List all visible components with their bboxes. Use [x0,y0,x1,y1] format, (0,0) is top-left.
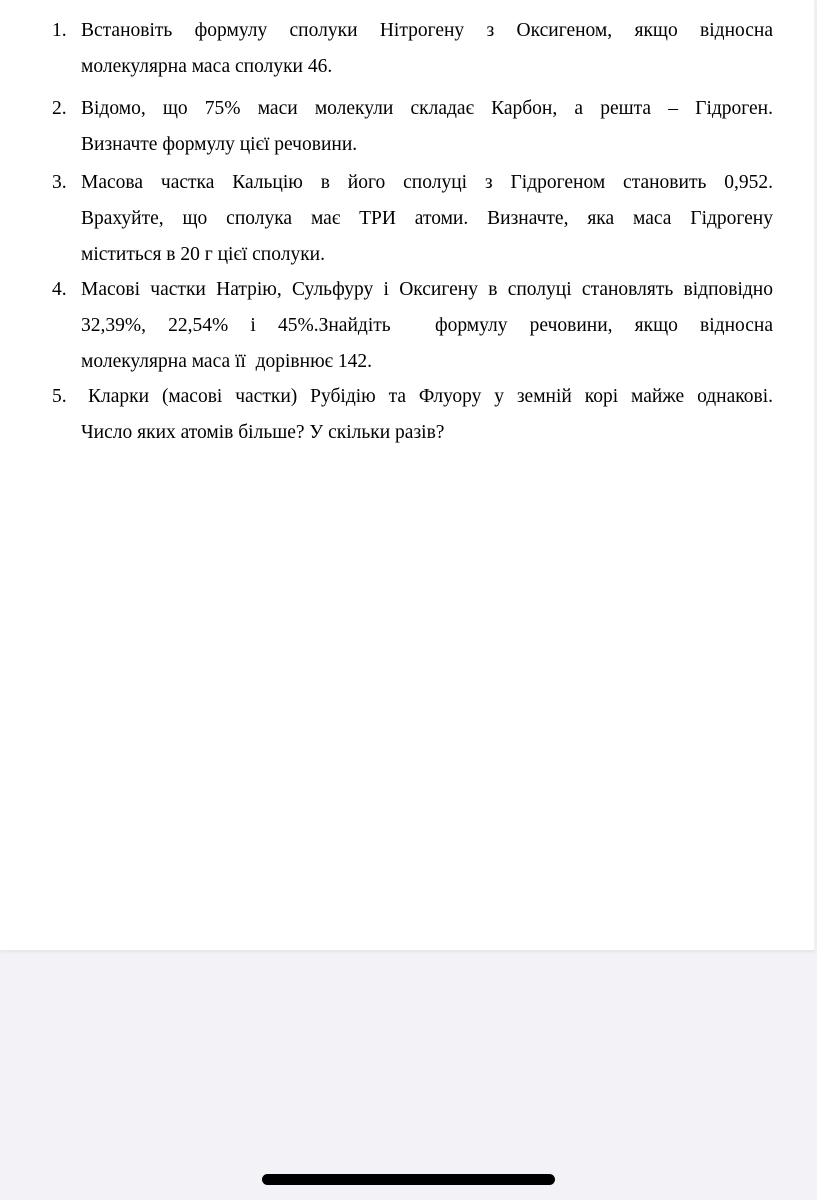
item-text-line: Відомо, що 75% маси молекули складає Кар… [81,98,773,120]
item-text-line: молекулярна маса сполуки 46. [81,56,773,78]
item-number: 4. [52,279,67,301]
home-indicator[interactable] [262,1174,555,1185]
item-number: 2. [52,98,67,120]
item-number: 1. [52,20,67,42]
item-text-line: Встановіть формулу сполуки Нітрогену з О… [81,20,773,42]
item-text-line: Кларки (масові частки) Рубідію та Флуору… [88,386,773,408]
item-number: 3. [52,172,67,194]
item-text-line: молекулярна маса її дорівнює 142. [81,351,773,373]
document-page: 1. Встановіть формулу сполуки Нітрогену … [0,0,816,950]
item-text-line: Визначте формулу цієї речовини. [81,134,773,156]
item-text-line: Масові частки Натрію, Сульфуру і Оксиген… [81,279,773,301]
item-text-line: Число яких атомів більше? У скільки разі… [81,422,773,444]
item-text-line: міститься в 20 г цієї сполуки. [81,244,773,266]
item-text-line: Масова частка Кальцію в його сполуці з Г… [81,172,773,194]
item-text-line: 32,39%, 22,54% і 45%.Знайдіть формулу ре… [81,315,773,337]
item-number: 5. [52,386,67,408]
item-text-line: Врахуйте, що сполука має ТРИ атоми. Визн… [81,208,773,230]
